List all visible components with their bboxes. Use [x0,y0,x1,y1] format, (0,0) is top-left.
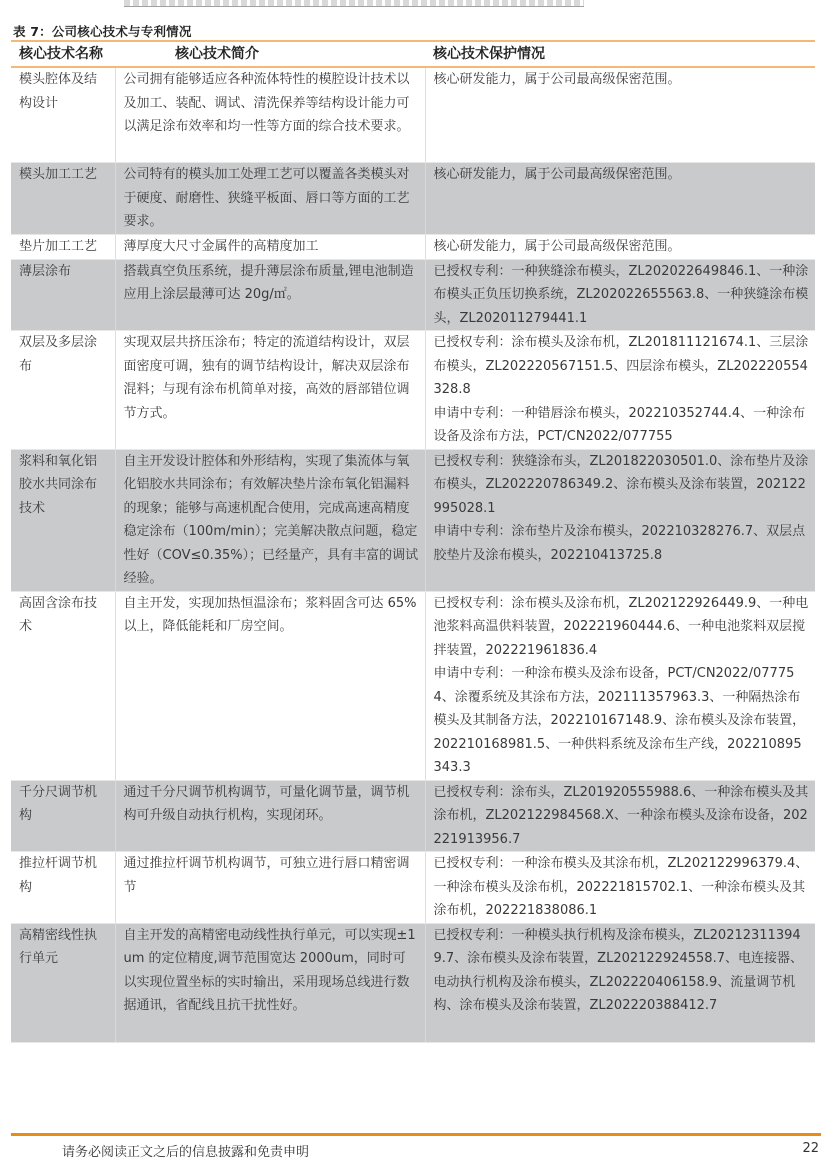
tech-name-cell: 千分尺调节机构 [11,780,115,852]
tech-intro-cell: 搭载真空负压系统，提升薄层涂布质量,锂电池制造应用上涂层最薄可达 20g/㎡。 [115,259,425,331]
tech-intro-cell: 自主开发，实现加热恒温涂布；浆料固含可达 65%以上，降低能耗和厂房空间。 [115,591,425,780]
tech-name-cell: 高固含涂布技术 [11,591,115,780]
tech-protection-cell: 核心研发能力，属于公司最高级保密范围。 [425,67,815,163]
tech-protection-cell: 已授权专利：狭缝涂布头，ZL201822030501.0、涂布垫片及涂布模头，Z… [425,449,815,591]
table-row: 推拉杆调节机构 通过推拉杆调节机构调节，可独立进行唇口精密调节 已授权专利：一种… [11,852,815,924]
granted-patents-paragraph: 已授权专利：狭缝涂布头，ZL201822030501.0、涂布垫片及涂布模头，Z… [434,450,810,521]
tech-protection-cell: 已授权专利：涂布头，ZL201920555988.6、一种涂布模头及其涂布机，Z… [425,780,815,852]
tech-name-cell: 薄层涂布 [11,259,115,331]
previous-page-text-remnant [124,0,584,7]
tech-name-cell: 双层及多层涂布 [11,331,115,450]
tech-protection-cell: 已授权专利：一种涂布模头及其涂布机，ZL202122996379.4、一种涂布模… [425,852,815,924]
table-row: 浆料和氧化铝胶水共同涂布技术 自主开发设计腔体和外形结构，实现了集流体与氧化铝胶… [11,449,815,591]
tech-intro-cell: 自主开发设计腔体和外形结构，实现了集流体与氧化铝胶水共同涂布；有效解决垫片涂布氧… [115,449,425,591]
footer-rule [11,1133,821,1136]
protection-paragraph: 核心研发能力，属于公司最高级保密范围。 [434,235,810,259]
tech-name-cell: 推拉杆调节机构 [11,852,115,924]
table-row: 千分尺调节机构 通过千分尺调节机构调节，可量化调节量，调节机构可升级自动执行机构… [11,780,815,852]
granted-patents-paragraph: 已授权专利：涂布模头及涂布机，ZL202122926449.9、一种电池浆料高温… [434,592,810,663]
tech-name-cell: 垫片加工工艺 [11,235,115,260]
footer-disclaimer: 请务必阅读正文之后的信息披露和免责申明 [62,1141,309,1160]
tech-protection-cell: 核心研发能力，属于公司最高级保密范围。 [425,235,815,260]
protection-paragraph: 已授权专利：一种涂布模头及其涂布机，ZL202122996379.4、一种涂布模… [434,852,810,923]
tech-name-cell: 高精密线性执行单元 [11,923,115,1042]
granted-patents-paragraph: 已授权专利：涂布模头及涂布机，ZL201811121674.1、三层涂布模头，Z… [434,331,810,402]
table-row: 双层及多层涂布 实现双层共挤压涂布；特定的流道结构设计，双层面密度可调，独有的调… [11,331,815,450]
tech-intro-cell: 通过千分尺调节机构调节，可量化调节量，调节机构可升级自动执行机构，实现闭环。 [115,780,425,852]
table-caption: 表 7：公司核心技术与专利情况 [13,22,192,40]
table-row: 高精密线性执行单元 自主开发的高精密电动线性执行单元，可以实现±1um 的定位精… [11,923,815,1042]
protection-paragraph: 核心研发能力，属于公司最高级保密范围。 [434,68,810,92]
tech-intro-cell: 通过推拉杆调节机构调节，可独立进行唇口精密调节 [115,852,425,924]
tech-intro-cell: 公司拥有能够适应各种流体特性的模腔设计技术以及加工、装配、调试、清洗保养等结构设… [115,67,425,163]
header-tech-protection: 核心技术保护情况 [425,41,815,67]
tech-protection-cell: 已授权专利：涂布模头及涂布机，ZL201811121674.1、三层涂布模头，Z… [425,331,815,450]
protection-paragraph: 已授权专利：一种模头执行机构及涂布模头，ZL202123113949.7、涂布模… [434,924,810,1018]
tech-name-cell: 模头腔体及结构设计 [11,67,115,163]
table-row: 模头腔体及结构设计 公司拥有能够适应各种流体特性的模腔设计技术以及加工、装配、调… [11,67,815,163]
core-technology-patent-table: 核心技术名称 核心技术简介 核心技术保护情况 模头腔体及结构设计 公司拥有能够适… [11,40,815,1043]
tech-protection-cell: 已授权专利：一种模头执行机构及涂布模头，ZL202123113949.7、涂布模… [425,923,815,1042]
pending-patents-paragraph: 申请中专利：涂布垫片及涂布模头，202210328276.7、双层点胶垫片及涂布… [434,520,810,567]
header-tech-intro: 核心技术简介 [115,41,425,67]
header-tech-name: 核心技术名称 [11,41,115,67]
page-number: 22 [802,1141,819,1156]
table-row: 模头加工工艺 公司特有的模头加工处理工艺可以覆盖各类模头对于硬度、耐磨性、狭缝平… [11,163,815,235]
pending-patents-paragraph: 申请中专利：一种涂布模头及涂布设备，PCT/CN2022/077754、涂覆系统… [434,662,810,780]
table-row: 垫片加工工艺 薄厚度大尺寸金属件的高精度加工 核心研发能力，属于公司最高级保密范… [11,235,815,260]
tech-name-cell: 模头加工工艺 [11,163,115,235]
protection-paragraph: 核心研发能力，属于公司最高级保密范围。 [434,163,810,187]
tech-protection-cell: 已授权专利：一种狭缝涂布模头，ZL202022649846.1、一种涂布模头正负… [425,259,815,331]
tech-intro-cell: 公司特有的模头加工处理工艺可以覆盖各类模头对于硬度、耐磨性、狭缝平板面、唇口等方… [115,163,425,235]
tech-intro-cell: 实现双层共挤压涂布；特定的流道结构设计，双层面密度可调，独有的调节结构设计，解决… [115,331,425,450]
table-row: 薄层涂布 搭载真空负压系统，提升薄层涂布质量,锂电池制造应用上涂层最薄可达 20… [11,259,815,331]
protection-paragraph: 已授权专利：涂布头，ZL201920555988.6、一种涂布模头及其涂布机，Z… [434,781,810,852]
table-header-row: 核心技术名称 核心技术简介 核心技术保护情况 [11,41,815,67]
tech-protection-cell: 已授权专利：涂布模头及涂布机，ZL202122926449.9、一种电池浆料高温… [425,591,815,780]
tech-intro-cell: 薄厚度大尺寸金属件的高精度加工 [115,235,425,260]
table-row: 高固含涂布技术 自主开发，实现加热恒温涂布；浆料固含可达 65%以上，降低能耗和… [11,591,815,780]
protection-paragraph: 已授权专利：一种狭缝涂布模头，ZL202022649846.1、一种涂布模头正负… [434,260,810,331]
pending-patents-paragraph: 申请中专利：一种错唇涂布模头，202210352744.4、一种涂布设备及涂布方… [434,402,810,449]
tech-name-cell: 浆料和氧化铝胶水共同涂布技术 [11,449,115,591]
tech-intro-cell: 自主开发的高精密电动线性执行单元，可以实现±1um 的定位精度,调节范围宽达 2… [115,923,425,1042]
tech-protection-cell: 核心研发能力，属于公司最高级保密范围。 [425,163,815,235]
